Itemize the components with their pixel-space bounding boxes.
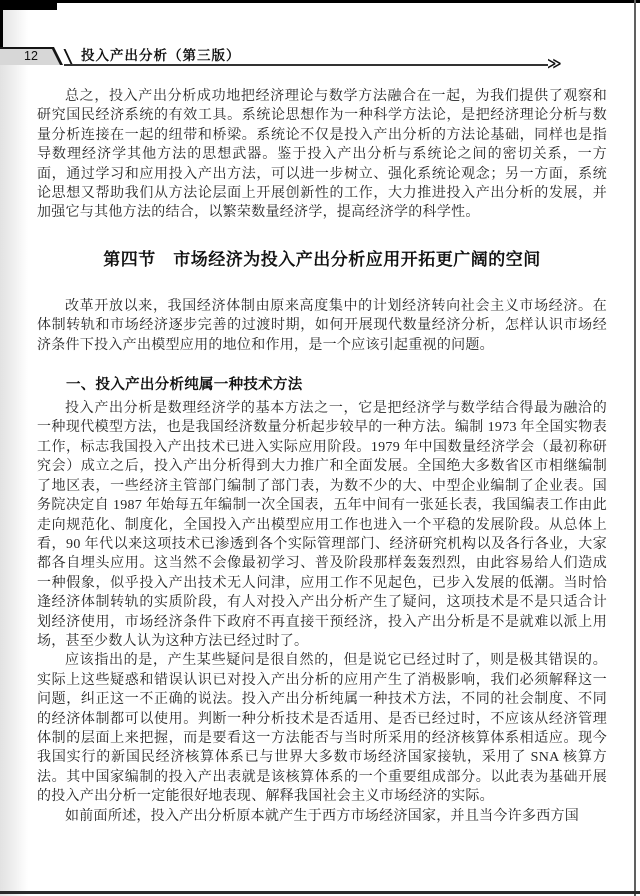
scan-edge-left: [0, 0, 3, 50]
page-number: 12: [24, 49, 38, 64]
header-rule: [64, 64, 548, 66]
intro-paragraph: 总之，投入产出分析成功地把经济理论与数学方法融合在一起，为我们提供了观察和研究国…: [37, 87, 607, 223]
doubt-rebuttal-paragraph: 应该指出的是，产生某些疑问是很自然的，但是说它已经过时了，则是极其错误的。实际上…: [37, 651, 607, 806]
page-gutter-shadow: [0, 0, 28, 896]
scan-edge-right: [634, 0, 636, 896]
scan-edge-bottom: [0, 891, 640, 894]
page-body: 总之，投入产出分析成功地把经济理论与数学方法融合在一起，为我们提供了观察和研究国…: [37, 87, 607, 826]
scanned-book-page: { "page": { "number": "12", "book_title"…: [0, 0, 640, 896]
western-origin-paragraph: 如前面所述，投入产出分析原本就产生于西方市场经济国家，并且当今许多西方国: [37, 807, 607, 826]
double-chevron-icon: ≫: [547, 55, 562, 73]
method-history-paragraph: 投入产出分析是数理经济学的基本方法之一，它是把经济学与数学结合得最为融洽的一种现…: [37, 399, 607, 651]
reform-paragraph: 改革开放以来，我国经济体制由原来高度集中的计划经济转向社会主义市场经济。在体制转…: [37, 297, 607, 355]
scan-corner-mark: [0, 0, 57, 10]
header-divider-slash: [64, 49, 73, 64]
book-title: 投入产出分析（第三版）: [81, 48, 241, 64]
scan-edge-top: [0, 0, 640, 3]
subsection-heading: 一、投入产出分析纯属一种技术方法: [37, 376, 607, 395]
section-heading: 第四节 市场经济为投入产出分析应用开拓更广阔的空间: [37, 249, 607, 271]
